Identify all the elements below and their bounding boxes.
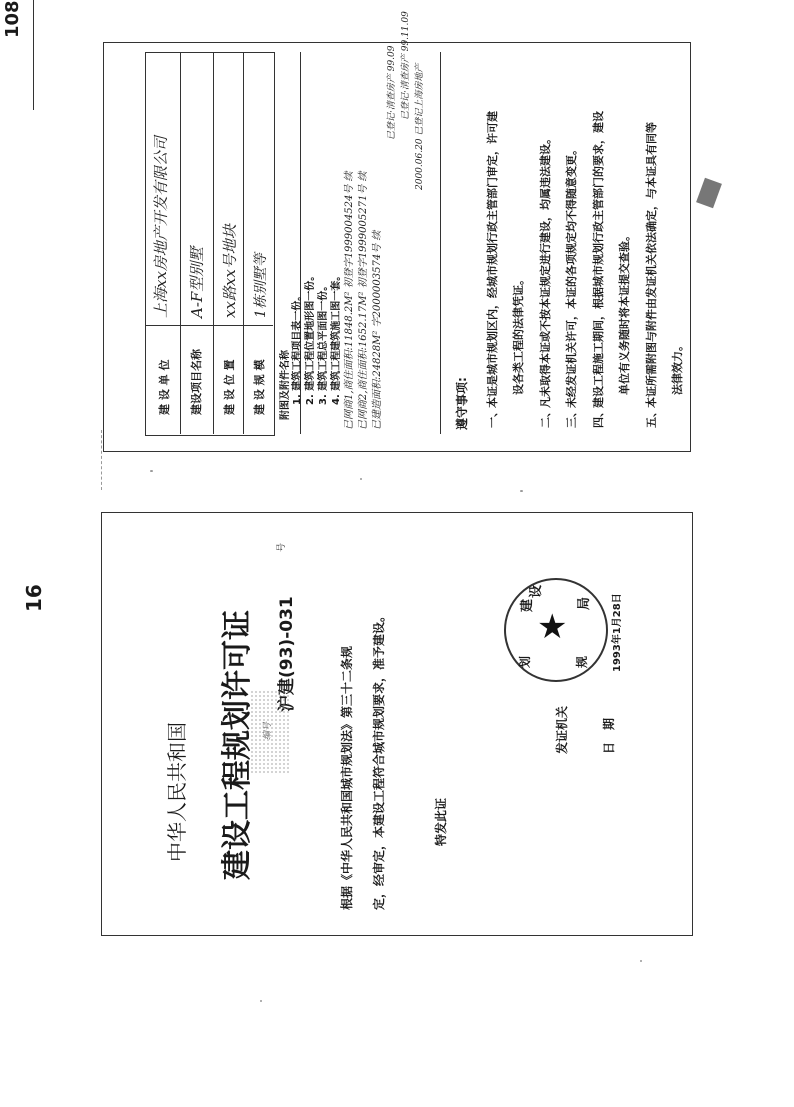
notice-number: 二、 — [537, 406, 553, 428]
notice-line: 本证是城市规划区内，经城市规划行政主管部门审定，许可建 — [484, 111, 500, 408]
certificate-special-issue: 特发此证 — [432, 798, 449, 846]
issuer-label: 发证机关 — [553, 706, 570, 754]
scan-speck — [640, 960, 642, 962]
notice-number: 三、 — [563, 406, 579, 428]
handwritten-note: 已网商2,商住面积:1652.17M² 初登字1999005271号 续 — [354, 172, 369, 431]
notice-line: 本证所需附图与附件由发证机关依法确定，与本证具有同等 — [643, 122, 659, 408]
notices-divider — [440, 52, 441, 434]
seal-char: 设 — [525, 585, 544, 598]
certificate-number-suffix: 号 — [274, 543, 287, 552]
handwritten-note: 已网商1,商住面积:11848.2M² 初登字1999004524号 续 — [340, 172, 355, 431]
seal-char: 局 — [573, 597, 592, 610]
notice-line: 未经发证机关许可，本证的各项规定均不得随意变更。 — [563, 144, 579, 408]
star-icon: ★ — [537, 610, 567, 644]
margin-note: 已登记·清查房产 99.11.09 — [398, 11, 411, 120]
notice-line: 建设工程施工期间，根据城市规划行政主管部门的要求，建设 — [590, 111, 606, 408]
page-number-side: 16 — [22, 584, 46, 612]
notice-number: 五、 — [643, 406, 659, 428]
notices-heading: 遵守事项: — [453, 377, 470, 430]
table-value-scale: 1栋别墅等 — [250, 253, 270, 318]
date-label: 日 期 — [600, 718, 617, 754]
table-divider — [213, 52, 214, 434]
table-divider — [243, 52, 244, 434]
certificate-body-line: 根据《中华人民共和国城市规划法》第三十二条规 — [338, 646, 355, 910]
scan-speck — [520, 490, 523, 492]
table-divider — [180, 52, 181, 434]
scan-edge-line — [33, 0, 34, 110]
date-value: 1993年1月28日 — [608, 593, 623, 672]
certificate-body-line: 定，经审定，本建设工程符合城市规划要求，准予建设。 — [370, 610, 387, 910]
table-value-unit: 上海xx房地产开发有限公司 — [150, 136, 171, 318]
scan-speck — [360, 478, 362, 480]
seal-char: 规 — [573, 656, 590, 668]
scan-fold-mark — [101, 430, 102, 490]
smudged-stamp — [250, 690, 290, 775]
notice-number: 一、 — [484, 406, 500, 428]
table-label-divider — [145, 325, 273, 326]
certificate-country: 中华人民共和国 — [161, 722, 190, 862]
margin-note: 2000.06.20 已登记上海房地产 — [412, 64, 425, 190]
seal-char: 建 — [516, 599, 535, 612]
seal-char: 划 — [516, 656, 533, 668]
notice-line: 凡未取得本证或不按本证规定进行建设，均属违法建设。 — [537, 133, 553, 408]
table-label-project: 建设项目名称 — [188, 349, 204, 415]
scan-speck — [150, 470, 153, 472]
page-number-top: 108 — [2, 0, 23, 38]
table-label-scale: 建 设 规 模 — [251, 360, 267, 416]
handwritten-note: 已建造面积:24828M² 字2000003574号 续 — [368, 231, 383, 430]
scan-artifact — [696, 178, 722, 209]
table-value-project: A-F型别墅 — [186, 247, 207, 318]
table-label-location: 建 设 位 置 — [221, 360, 237, 416]
table-value-location: xx路xx号地块 — [219, 224, 240, 318]
scan-speck — [260, 1000, 262, 1002]
notice-line: 法律效力。 — [669, 340, 685, 395]
table-label-unit: 建 设 单 位 — [156, 360, 172, 416]
notice-line: 设各类工程的法律凭证。 — [510, 274, 526, 395]
notice-number: 四、 — [590, 406, 606, 428]
notice-line: 单位有义务随时将本证提交查验。 — [616, 230, 632, 395]
margin-note: 已登记·清查房产 99.09 — [384, 46, 397, 141]
